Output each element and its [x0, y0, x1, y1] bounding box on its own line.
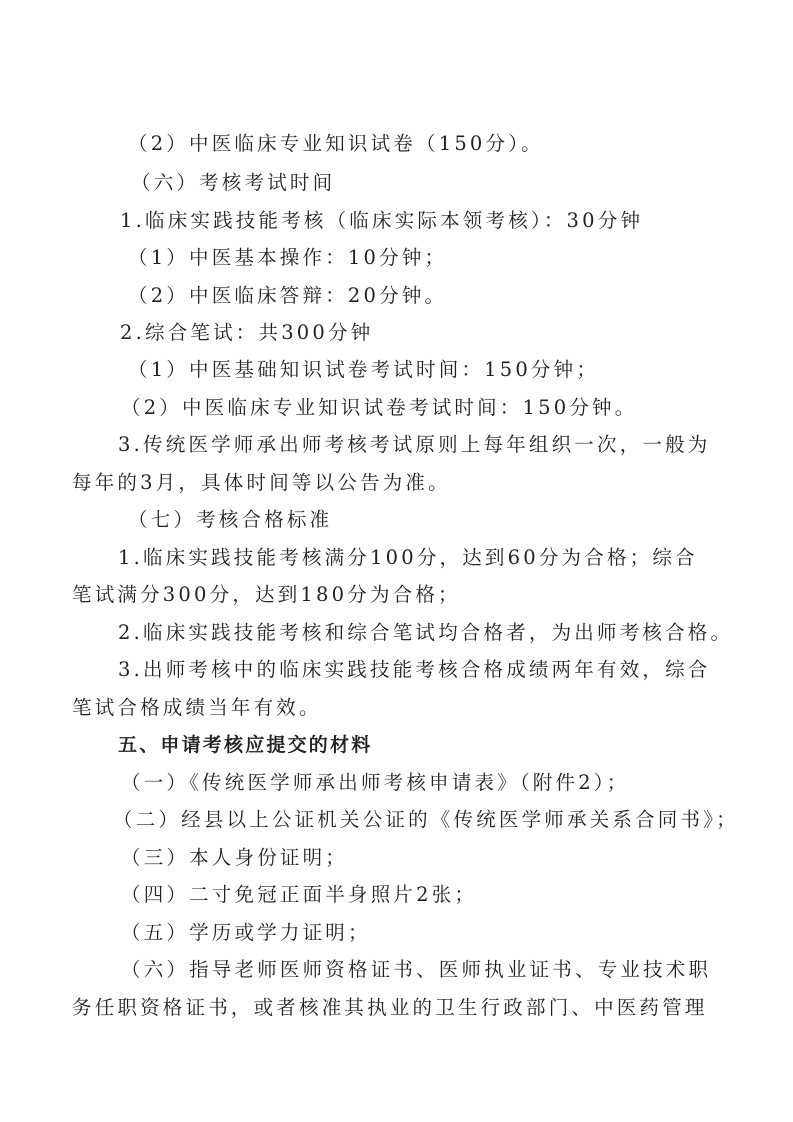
paragraph-annual-schedule-cont: 每年的3月，具体时间等以公告为准。	[72, 470, 451, 496]
text-line-basic-knowledge-time: （1）中医基础知识试卷考试时间：150分钟；	[128, 357, 599, 383]
subheading-exam-time: （六）考核考试时间	[131, 170, 335, 196]
text-line-written-exam-time: 2.综合笔试：共300分钟	[120, 320, 373, 346]
list-item-contract: （二）经县以上公证机关公证的《传统医学师承关系合同书》；	[113, 807, 739, 833]
paragraph-annual-schedule: 3.传统医学师承出师考核考试原则上每年组织一次，一般为	[118, 432, 711, 458]
paragraph-validity-cont: 笔试合格成绩当年有效。	[72, 695, 322, 721]
text-line-clinical-knowledge-time: （2）中医临床专业知识试卷考试时间：150分钟。	[121, 395, 637, 421]
list-item-education-proof: （五）学历或学力证明；	[121, 920, 371, 946]
text-line-clinical-defense-time: （2）中医临床答辩：20分钟。	[128, 283, 447, 309]
subheading-pass-criteria: （七）考核合格标准	[128, 507, 332, 533]
list-item-id-proof: （三）本人身份证明；	[121, 845, 348, 871]
document-page: （2）中医临床专业知识试卷（150分）。 （六）考核考试时间 1.临床实践技能考…	[0, 0, 793, 1122]
list-item-teacher-certificates-cont: 务任职资格证书，或者核准其执业的卫生行政部门、中医药管理	[72, 995, 708, 1021]
text-line-exam-paper-clinical: （2）中医临床专业知识试卷（150分）。	[128, 131, 544, 157]
paragraph-validity: 3.出师考核中的临床实践技能考核合格成绩两年有效，综合	[118, 657, 711, 683]
text-line-clinical-skills-time: 1.临床实践技能考核（临床实际本领考核）：30分钟	[120, 208, 643, 234]
list-item-teacher-certificates: （六）指导老师医师资格证书、医师执业证书、专业技术职	[121, 957, 711, 983]
paragraph-pass-scores-cont: 笔试满分300分，达到180分为合格；	[72, 582, 461, 608]
section-heading-materials: 五、申请考核应提交的材料	[118, 732, 372, 758]
list-item-photos: （四）二寸免冠正面半身照片2张；	[121, 882, 477, 908]
paragraph-both-pass: 2.临床实践技能考核和综合笔试均合格者，为出师考核合格。	[118, 620, 733, 646]
text-line-basic-operation-time: （1）中医基本操作：10分钟；	[128, 245, 447, 271]
paragraph-pass-scores: 1.临床实践技能考核满分100分，达到60分为合格；综合	[118, 545, 698, 571]
list-item-application-form: （一）《传统医学师承出师考核申请表》（附件2）；	[121, 770, 629, 796]
